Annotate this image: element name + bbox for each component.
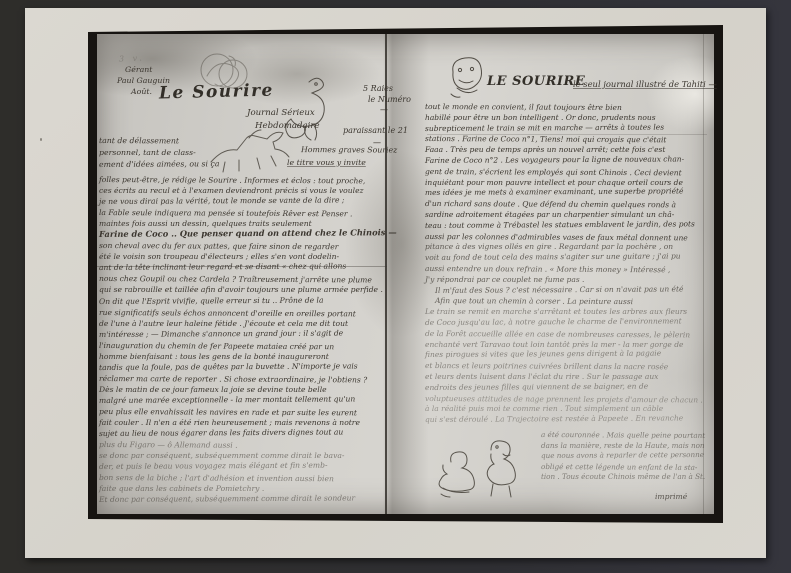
- right-margin-lines: a été couronnée . Mais quelle peine pour…: [541, 430, 705, 483]
- manuscript-line: peu plus elle envahissait les navires en…: [99, 406, 397, 419]
- manuscript-line: fines pirogues si vites que les jeunes g…: [425, 349, 703, 361]
- manuscript-line: Hommes graves Souriez: [287, 144, 397, 157]
- manuscript-line: la Fable seule indiquera ma pensée si to…: [99, 207, 397, 220]
- manuscript-line: de Coco jusqu'au lac, à notre gauche le …: [425, 316, 703, 328]
- right-body-lines: tout le monde en convient, il faut toujo…: [425, 102, 703, 426]
- manuscript-line: rue significatifs seuls échos annoncent …: [99, 307, 397, 320]
- gerant-label: Gérant: [117, 64, 170, 75]
- manuscript-line: ant de la tête inclinant leur regard et …: [99, 261, 397, 274]
- intro-lines: tant de délassementpersonnel, tant de cl…: [99, 135, 220, 171]
- manuscript-line: obligé et cette légende un enfant de la …: [541, 462, 705, 473]
- horse-sketch: [205, 122, 293, 174]
- manuscript-line: Il m'faut des Sous ? c'est nécessaire . …: [425, 284, 703, 296]
- manuscript-line: gent de train, s'écrient les employés qu…: [425, 167, 703, 179]
- aside-lines: Hommes graves Souriezle titre vous y inv…: [287, 144, 397, 169]
- manuscript-line: réclamer ma carte de reporter . Si chose…: [99, 373, 397, 386]
- manuscript-line: Et donc par conséquent, subséquemment co…: [99, 493, 397, 506]
- dash-1: —: [380, 105, 388, 114]
- left-body-lines: folles peut-être, je rédige le Sourire .…: [99, 174, 397, 505]
- manuscript-line: je ne vous dirai pas la vérité, tout le …: [99, 194, 397, 207]
- manuscript-line: m'intéresse ; — Dimanche s'annonce un gr…: [99, 327, 397, 340]
- manuscript-line: qui s'est déroulé . La Trajectoire est r…: [425, 413, 703, 425]
- mount-board: 3 v. Gérant Paul Gauguin Août. Le Sourir…: [25, 8, 766, 558]
- handwritten-signature: imprimé: [655, 492, 687, 501]
- manuscript-line: malgré une marée exceptionnelle - la mer…: [99, 393, 397, 406]
- manuscript-line: a été couronnée . Mais quelle peine pour…: [541, 430, 705, 441]
- manuscript-paper: 3 v. Gérant Paul Gauguin Août. Le Sourir…: [97, 34, 714, 514]
- manuscript-line: tout le monde en convient, il faut toujo…: [425, 102, 703, 114]
- photograph: 3 v. Gérant Paul Gauguin Août. Le Sourir…: [88, 25, 723, 523]
- price-line-2: le Numéro: [368, 95, 411, 104]
- manuscript-line: mes idées je me mets à examiner examinan…: [425, 187, 703, 199]
- manuscript-line: Farine de Coco n°2 . Les voyageurs pour …: [425, 154, 703, 166]
- manuscript-line: personnel, tant de class-: [99, 147, 220, 159]
- page-left: 3 v. Gérant Paul Gauguin Août. Le Sourir…: [97, 34, 397, 514]
- manuscript-line: le titre vous y invite: [287, 157, 397, 170]
- manuscript-line: tant de délassement: [99, 135, 220, 148]
- manuscript-line: nous chez Goupil ou chez Cardela ? Traît…: [99, 273, 397, 286]
- journal-title-right: LE SOURIRE: [487, 74, 585, 89]
- manuscript-line: folles peut-être, je rédige le Sourire .…: [99, 174, 397, 187]
- manuscript-line: subrepticement le train se mit en marche…: [425, 122, 703, 134]
- journal-tagline: le seul journal illustré de Tahiti —: [573, 79, 717, 89]
- manuscript-line: tandis que la foule, pas de quêtes par l…: [99, 360, 397, 373]
- manuscript-line: l'inauguration du chemin de fer Papeete …: [99, 340, 397, 353]
- manuscript-line: der, et puis le beau vous voyagez mais é…: [99, 459, 397, 472]
- manuscript-line: endroits des jeunes filles qui viennent …: [425, 381, 703, 393]
- manuscript-line: tion . Tous écoute Chinois même de l'an …: [541, 472, 705, 483]
- page-right: LE SOURIRE le seul journal illustré de T…: [423, 34, 723, 514]
- caricature-face-sketch: [445, 54, 487, 100]
- manuscript-line: ement d'idées aimées, ou si ça: [99, 158, 220, 171]
- manuscript-line: teau : tout comme à Trébastel les statue…: [425, 219, 703, 231]
- manuscript-line: voit au fond de tout cela des mains s'ag…: [425, 251, 703, 263]
- screenshot-root: { "scene": { "description": "Black-and-w…: [0, 0, 791, 573]
- manuscript-line: sujet au lieu de nous égarer dans les fa…: [99, 426, 397, 439]
- manuscript-line: On dit que l'Esprit vivifie, quelle erre…: [99, 294, 397, 307]
- price-line-1: 5 Raies: [363, 84, 393, 93]
- manuscript-line: Farine de Coco .. Que penser quand on at…: [99, 227, 397, 240]
- manuscript-line: que nous avons à reparler de cette perso…: [541, 450, 705, 462]
- pencil-archive-mark: 3 v.: [119, 53, 145, 63]
- mount-speck: [40, 138, 42, 141]
- two-seated-figures-sketch: [433, 432, 533, 504]
- issue-date-line: paraissant le 21: [343, 126, 408, 135]
- manuscript-line: stations . Farine de Coco n°1, Tiens! mo…: [425, 134, 703, 146]
- manuscript-line: son cheval avec du fer aux pattes, que f…: [99, 240, 397, 253]
- manuscript-line: d'un richard sans doute . Que défend du …: [425, 199, 703, 211]
- journal-title: Le Sourire: [159, 81, 274, 104]
